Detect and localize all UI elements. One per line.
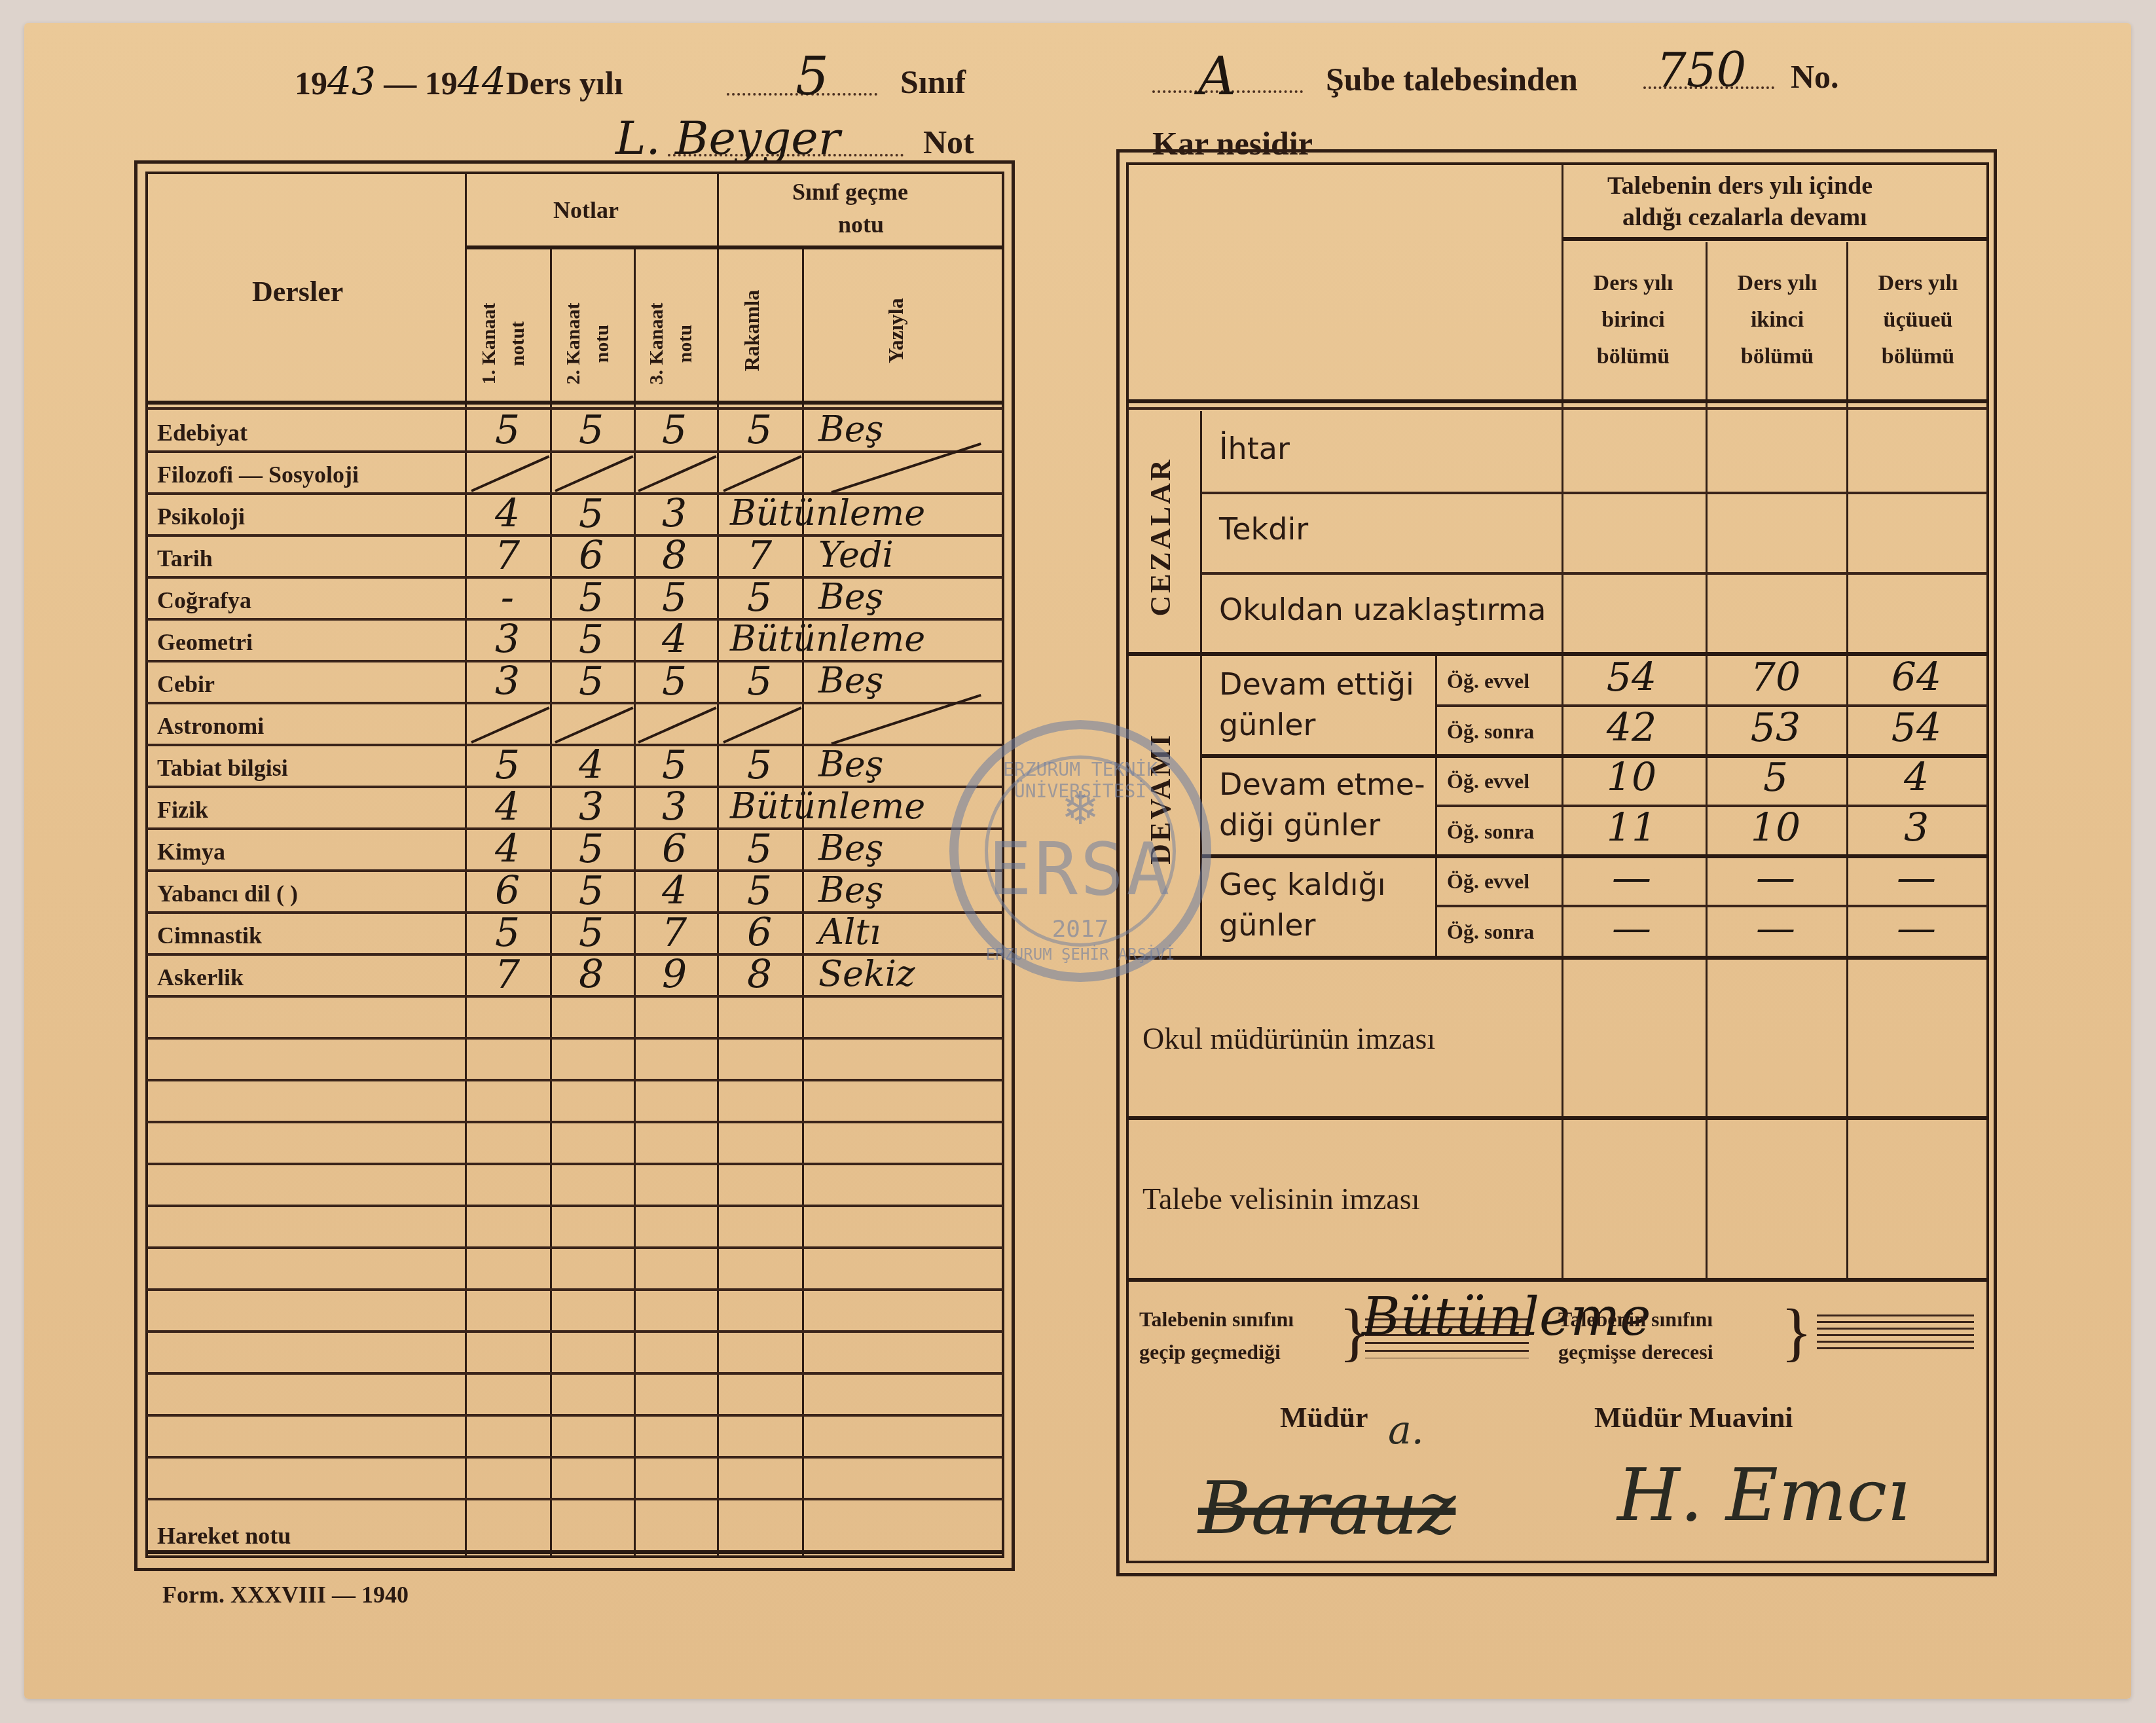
grade-row-line <box>147 1121 1003 1123</box>
ceza-row-line <box>1202 572 1988 575</box>
year-end-prefix: 19 <box>425 65 458 101</box>
gecip-label-line2: geçip geçmediği <box>1139 1335 1294 1368</box>
grade-rakamla: 5 <box>720 575 799 621</box>
conduct-header-line1: Talebenin ders yılı içinde <box>1607 172 1873 200</box>
attendance-value: 5 <box>1710 755 1841 801</box>
year-end-handwritten: 44 <box>458 59 506 103</box>
devam-group-label_line2: günler <box>1219 905 1386 945</box>
header-rakamla: Rakamla <box>740 232 779 429</box>
grade-k1: 5 <box>468 742 547 788</box>
term-header-3: Ders yılıüçüueübölümü <box>1848 265 1988 375</box>
subject-name: Geometri <box>157 628 253 656</box>
devam-sub-label: Öğ. sonra <box>1447 820 1534 844</box>
attendance-value: 10 <box>1710 805 1841 851</box>
term-header-line2: ikinci <box>1707 302 1848 338</box>
subject-name: Edebiyat <box>157 419 247 446</box>
grade-k1: 7 <box>468 952 547 998</box>
header-notlar: Notlar <box>553 196 619 224</box>
year-dash: — <box>384 65 416 101</box>
attendance-value: 53 <box>1710 705 1841 751</box>
grade-k3: 6 <box>635 826 714 872</box>
grade-k2: 5 <box>552 910 630 956</box>
header-sinif-gecme: Sınıf geçme <box>792 178 908 206</box>
grade-k1: - <box>468 575 547 621</box>
grade-in-words: Beş <box>818 408 883 450</box>
sube-value: A <box>1198 46 1236 107</box>
ceza-label: Tekdir <box>1219 511 1308 547</box>
term-header-line1: Ders yılı <box>1563 265 1704 302</box>
grades-table-bottom-line <box>147 1550 1003 1554</box>
conduct-subheader-line <box>1563 237 1988 241</box>
subject-name: Tabiat bilgisi <box>157 754 288 782</box>
grade-k1: 3 <box>468 659 547 704</box>
devami-bottom-line <box>1127 956 1988 960</box>
term-header-2: Ders yılıikincibölümü <box>1707 265 1848 375</box>
attendance-value: 10 <box>1566 755 1697 801</box>
grade-row-line <box>147 1498 1003 1500</box>
mudur-label: Müdür <box>1280 1401 1368 1434</box>
ceza-label: İhtar <box>1219 431 1290 466</box>
grade-row-line <box>147 1456 1003 1459</box>
grade-rakamla: 6 <box>720 910 799 956</box>
devam-group-label: Devam ettiğigünler <box>1219 664 1414 745</box>
subject-name: Coğrafya <box>157 587 251 614</box>
derece-label-line1: Talebenin sınıfını <box>1558 1303 1713 1335</box>
subject-name: Fizik <box>157 796 208 824</box>
grade-k1: 3 <box>468 617 547 662</box>
stamp-bottom-text: ERZURUM ŞEHİR ARŞİVİ <box>959 945 1202 964</box>
subject-name: Kimya <box>157 838 225 865</box>
grade-k1: 4 <box>468 784 547 830</box>
okul-muduru-imza-label: Okul müdürünün imzası <box>1142 1021 1435 1056</box>
grade-row-line <box>147 1037 1003 1040</box>
attendance-value: — <box>1851 855 1982 901</box>
col-line-dersler <box>465 172 467 1558</box>
grade-row-line <box>147 1372 1003 1375</box>
conduct-col-term3 <box>1846 242 1848 1280</box>
grade-rakamla: 5 <box>720 742 799 788</box>
attendance-value: 54 <box>1851 705 1982 751</box>
devam-sub-label: Öğ. sonra <box>1447 719 1534 744</box>
attendance-value: — <box>1710 905 1841 951</box>
grade-in-words: Altı <box>818 911 881 952</box>
grade-in-words: Beş <box>818 576 883 617</box>
grade-rakamla: 8 <box>720 952 799 998</box>
grade-k1: 7 <box>468 533 547 579</box>
year-line: 1943 — 1944Ders yılı <box>295 59 623 103</box>
hareket-notu-label: Hareket notu <box>157 1522 291 1550</box>
grade-k2: 6 <box>552 533 630 579</box>
okul-muduru-bottom-line <box>1127 1116 1988 1120</box>
grade-k1: 5 <box>468 910 547 956</box>
no-value: 750 <box>1656 43 1746 98</box>
grade-k3: 8 <box>635 533 714 579</box>
conduct-header-bottom-line-2 <box>1127 407 1988 410</box>
grade-k3: 5 <box>635 407 714 453</box>
subject-name: Yabancı dil ( ) <box>157 880 298 907</box>
mudur-muavini-label: Müdür Muavini <box>1594 1401 1793 1434</box>
devam-group-label_line2: günler <box>1219 704 1414 745</box>
attendance-value: 70 <box>1710 655 1841 700</box>
grade-row-line <box>147 1330 1003 1333</box>
derece-value-lines <box>1817 1315 1974 1354</box>
grade-k2: 4 <box>552 742 630 788</box>
devam-sub-label: Öğ. evvel <box>1447 769 1529 793</box>
sinif-label: Sınıf <box>900 63 966 101</box>
stamp-center-text: ERSA <box>959 827 1202 911</box>
grade-k2: 5 <box>552 491 630 537</box>
gecip-label: Talebenin sınıfını geçip geçmediği <box>1139 1303 1294 1368</box>
grade-row-line <box>147 1079 1003 1081</box>
ceza-row-line <box>1202 492 1988 494</box>
attendance-value: — <box>1566 905 1697 951</box>
grade-k3: 7 <box>635 910 714 956</box>
grade-k2: 5 <box>552 575 630 621</box>
term-header-line3: bölümü <box>1707 338 1848 375</box>
attendance-value: 3 <box>1851 805 1982 851</box>
talebe-velisi-imza-label: Talebe velisinin imzası <box>1142 1182 1419 1216</box>
grade-k3: 5 <box>635 575 714 621</box>
term-header-line2: birinci <box>1563 302 1704 338</box>
grade-k1: 4 <box>468 491 547 537</box>
mudur-prefix: a. <box>1388 1407 1424 1453</box>
term-header-line1: Ders yılı <box>1707 265 1848 302</box>
term-header-line3: bölümü <box>1563 338 1704 375</box>
conduct-header-line2: aldığı cezalarla devamı <box>1622 203 1867 232</box>
grade-k2: 5 <box>552 826 630 872</box>
devam-group-label_line2: diği günler <box>1219 805 1425 845</box>
talebe-velisi-bottom-line <box>1127 1278 1988 1282</box>
grade-in-words: Beş <box>818 660 883 701</box>
mudur-signature: Barauz <box>1198 1466 1455 1550</box>
grade-row-line <box>147 1288 1003 1291</box>
no-label: No. <box>1791 58 1839 96</box>
grade-in-words: Bütünleme <box>730 618 925 659</box>
subject-name: Tarih <box>157 545 213 572</box>
devam-sub-label: Öğ. evvel <box>1447 869 1529 894</box>
form-number: Form. XXXVIII — 1940 <box>162 1581 409 1608</box>
term-header-line2: üçüueü <box>1848 302 1988 338</box>
grade-row-line <box>147 1163 1003 1165</box>
subject-name: Filozofi — Sosyoloji <box>157 461 359 488</box>
cezalar-label: CEZALAR <box>1144 406 1183 668</box>
term-header-line1: Ders yılı <box>1848 265 1988 302</box>
grade-rakamla: 5 <box>720 826 799 872</box>
subject-name: Astronomi <box>157 712 264 740</box>
grade-k1: 6 <box>468 868 547 914</box>
derece-brace: } <box>1781 1299 1812 1365</box>
header-dersler: Dersler <box>252 275 343 308</box>
grade-k3: 4 <box>635 868 714 914</box>
sube-label: Şube talebesinden <box>1326 60 1578 98</box>
header-notu: notu <box>838 211 884 238</box>
grade-k3: 3 <box>635 491 714 537</box>
grade-rakamla: 7 <box>720 533 799 579</box>
attendance-value: 4 <box>1851 755 1982 801</box>
grade-rakamla: 5 <box>720 659 799 704</box>
grade-in-words: Beş <box>818 827 883 869</box>
attendance-value: 11 <box>1566 805 1697 851</box>
grade-k1: 4 <box>468 826 547 872</box>
stamp-year: 2017 <box>959 916 1202 943</box>
attendance-value: 54 <box>1566 655 1697 700</box>
conduct-header-bottom-line <box>1127 399 1988 403</box>
attendance-value: 64 <box>1851 655 1982 700</box>
col-line-notlar <box>717 172 719 1558</box>
grade-k3: 9 <box>635 952 714 998</box>
subject-name: Cimnastik <box>157 922 262 949</box>
grade-in-words: Yedi <box>818 534 894 575</box>
attendance-value: 42 <box>1566 705 1697 751</box>
archive-stamp: ERZURUM TEKNİK ÜNİVERSİTESİ ❄ ERSA 2017 … <box>949 720 1211 982</box>
grade-k3: 5 <box>635 742 714 788</box>
devam-group-label: Geç kaldığıgünler <box>1219 864 1386 945</box>
grade-k2: 5 <box>552 868 630 914</box>
attendance-value: — <box>1710 855 1841 901</box>
grade-k2: 3 <box>552 784 630 830</box>
year-start-prefix: 19 <box>295 65 327 101</box>
subject-name: Askerlik <box>157 964 244 991</box>
devam-group-label_line1: Devam ettiği <box>1219 664 1414 704</box>
attendance-value: — <box>1566 855 1697 901</box>
term-header-1: Ders yılıbirincibölümü <box>1563 265 1704 375</box>
grade-k1: 5 <box>468 407 547 453</box>
grade-k2: 8 <box>552 952 630 998</box>
devam-sub-label: Öğ. sonra <box>1447 920 1534 944</box>
grade-k2: 5 <box>552 617 630 662</box>
year-start-handwritten: 43 <box>327 59 376 103</box>
grade-in-words: Bütünleme <box>730 786 925 827</box>
devam-sub-label: Öğ. evvel <box>1447 669 1529 693</box>
conduct-col-term2 <box>1706 242 1708 1280</box>
ceza-label: Okuldan uzaklaştırma <box>1219 592 1546 627</box>
derece-label: Talebenin sınıfını geçmişse derecesi <box>1558 1303 1713 1368</box>
grade-rakamla: 5 <box>720 868 799 914</box>
grade-k3: 4 <box>635 617 714 662</box>
grade-k2: 5 <box>552 407 630 453</box>
grade-rakamla: 5 <box>720 407 799 453</box>
grade-k3: 3 <box>635 784 714 830</box>
grade-row-line <box>147 1414 1003 1417</box>
grade-in-words: Beş <box>818 869 883 911</box>
grade-k2: 5 <box>552 659 630 704</box>
devam-group-label_line1: Devam etme- <box>1219 764 1425 805</box>
not-value: L. Beyger <box>615 111 840 165</box>
header-yaziyla: Yazıyla <box>884 232 923 429</box>
subject-name: Cebir <box>157 670 215 698</box>
grade-in-words: Beş <box>818 744 883 785</box>
term-header-line3: bölümü <box>1848 338 1988 375</box>
derece-label-line2: geçmişse derecesi <box>1558 1335 1713 1368</box>
grade-row-line <box>147 1205 1003 1207</box>
grade-row-line <box>147 1246 1003 1249</box>
sinif-value: 5 <box>795 46 829 107</box>
ders-yili-label: Ders yılı <box>506 65 623 101</box>
grade-k3: 5 <box>635 659 714 704</box>
subject-name: Psikoloji <box>157 503 245 530</box>
mudur-muavini-signature: H. Emcı <box>1617 1453 1910 1537</box>
grade-in-words: Bütünleme <box>730 492 925 534</box>
devam-group-label_line1: Geç kaldığı <box>1219 864 1386 905</box>
grade-in-words: Sekiz <box>818 953 915 994</box>
gecip-label-line1: Talebenin sınıfını <box>1139 1303 1294 1335</box>
col-line-rakamla <box>802 247 804 1558</box>
not-label: Not <box>923 123 974 161</box>
attendance-value: — <box>1851 905 1982 951</box>
devam-group-label: Devam etme-diği günler <box>1219 764 1425 845</box>
